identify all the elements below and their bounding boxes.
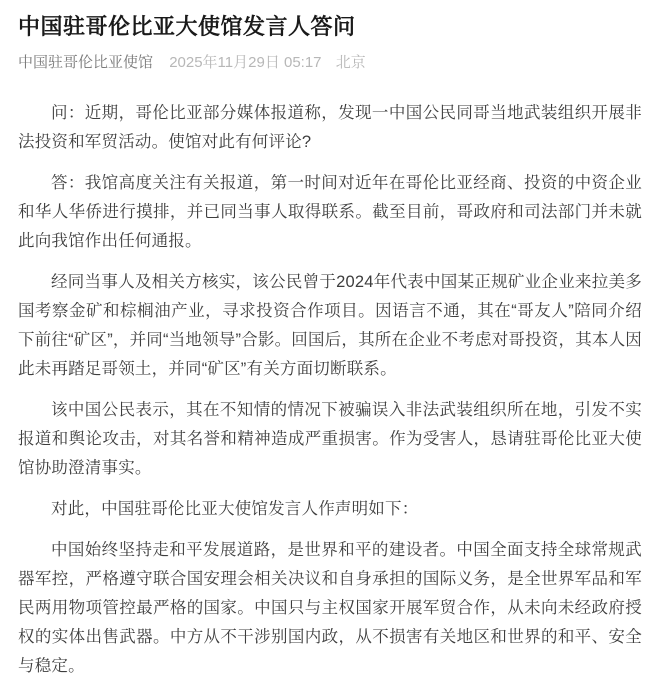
publish-datetime: 2025年11月29日 05:17	[169, 54, 321, 71]
verification-paragraph: 经同当事人及相关方核实，该公民曾于2024年代表中国某正规矿业企业来拉美多国考察…	[18, 268, 642, 384]
victim-statement-paragraph: 该中国公民表示，其在不知情的情况下被骗误入非法武装组织所在地，引发不实报道和舆论…	[18, 396, 642, 483]
publish-location: 北京	[336, 54, 366, 71]
article-page: 中国驻哥伦比亚大使馆发言人答问 中国驻哥伦比亚使馆 2025年11月29日 05…	[0, 0, 660, 682]
article-title: 中国驻哥伦比亚大使馆发言人答问	[18, 13, 642, 41]
spokesperson-statement-paragraph: 中国始终坚持走和平发展道路，是世界和平的建设者。中国全面支持全球常规武器军控，严…	[18, 536, 642, 681]
article-container: 中国驻哥伦比亚大使馆发言人答问 中国驻哥伦比亚使馆 2025年11月29日 05…	[0, 0, 660, 681]
author-account-link[interactable]: 中国驻哥伦比亚使馆	[18, 54, 153, 71]
article-body: 问：近期，哥伦比亚部分媒体报道称，发现一中国公民同哥当地武装组织开展非法投资和军…	[18, 99, 642, 681]
byline: 中国驻哥伦比亚使馆 2025年11月29日 05:17 北京	[18, 53, 642, 73]
statement-intro-paragraph: 对此，中国驻哥伦比亚大使馆发言人作声明如下：	[18, 495, 642, 524]
qa-question-paragraph: 问：近期，哥伦比亚部分媒体报道称，发现一中国公民同哥当地武装组织开展非法投资和军…	[18, 99, 642, 157]
qa-answer-paragraph: 答：我馆高度关注有关报道，第一时间对近年在哥伦比亚经商、投资的中资企业和华人华侨…	[18, 169, 642, 256]
